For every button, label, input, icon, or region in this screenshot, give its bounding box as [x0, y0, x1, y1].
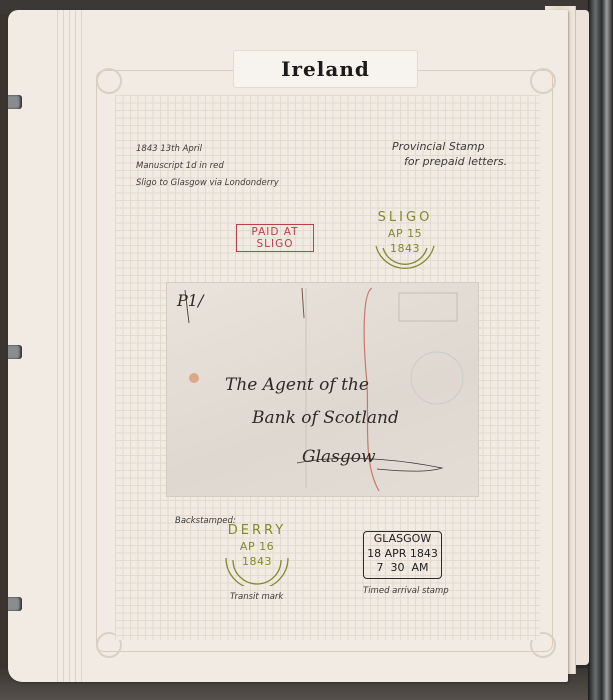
- note-provincial: Provincial Stamp: [392, 139, 507, 154]
- sligo-datestamp: SLIGO AP 15 1843: [370, 204, 440, 274]
- paid-stamp-line2: SLIGO: [237, 238, 313, 250]
- paid-stamp-line1: PAID AT: [237, 226, 313, 238]
- sligo-date: AP 15: [370, 227, 440, 240]
- derry-date: AP 16: [222, 540, 292, 553]
- note-route: Sligo to Glasgow via Londonderry: [136, 175, 279, 192]
- note-manuscript: Manuscript 1d in red: [136, 158, 279, 175]
- derry-datestamp: DERRY AP 16 1843: [222, 520, 292, 586]
- title-plate: Ireland: [233, 50, 418, 88]
- note-prepaid: for prepaid letters.: [392, 154, 507, 169]
- arrival-caption: Timed arrival stamp: [363, 583, 449, 600]
- page-title: Ireland: [281, 57, 370, 81]
- page-hinge: [53, 10, 85, 682]
- derry-year: 1843: [222, 555, 292, 568]
- ornament-scroll-icon: [530, 68, 556, 94]
- binder-ring: [8, 597, 22, 611]
- note-date: 1843 13th April: [136, 141, 279, 158]
- right-notes: Provincial Stamp for prepaid letters.: [392, 139, 507, 169]
- glasgow-line2: 18 APR 1843: [364, 547, 441, 562]
- glasgow-timed-stamp: GLASGOW 18 APR 1843 7 30 AM: [363, 531, 442, 579]
- postal-cover: P1/ The Agent of the Bank of Scotland Gl…: [167, 283, 478, 496]
- derry-town: DERRY: [222, 523, 292, 538]
- glasgow-line3: 7 30 AM: [364, 561, 441, 576]
- transit-caption: Transit mark: [230, 589, 283, 606]
- address-line1: The Agent of the: [225, 375, 369, 395]
- paid-at-sligo-stamp: PAID AT SLIGO: [236, 224, 314, 252]
- address-line2: Bank of Scotland: [252, 408, 399, 428]
- binder-ring: [8, 95, 22, 109]
- glasgow-line1: GLASGOW: [364, 532, 441, 547]
- ornament-scroll-icon: [96, 68, 122, 94]
- rate-mark: P1/: [177, 291, 203, 310]
- address-line3: Glasgow: [302, 447, 376, 467]
- plastic-sleeve-edge: [588, 0, 613, 700]
- left-notes: 1843 13th April Manuscript 1d in red Sli…: [136, 141, 279, 192]
- binder-ring: [8, 345, 22, 359]
- sligo-year: 1843: [370, 242, 440, 255]
- sligo-town: SLIGO: [370, 210, 440, 225]
